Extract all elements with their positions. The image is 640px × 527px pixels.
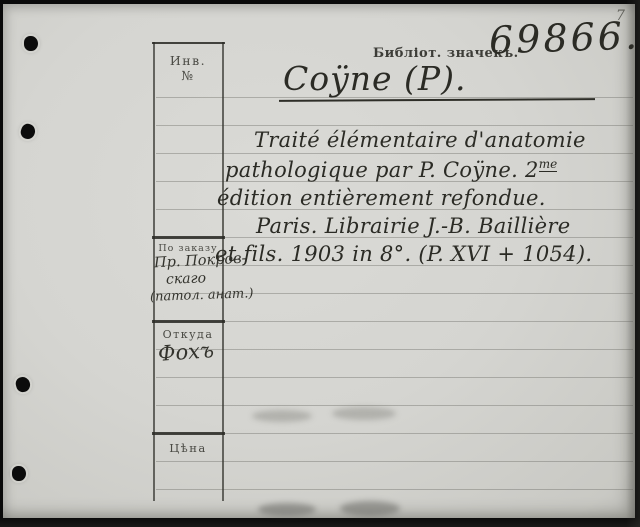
column-separator-3: [152, 432, 225, 435]
column-separator-1: [152, 236, 225, 239]
page-corner-mark: 7: [616, 8, 625, 24]
inventory-label-line2: №: [153, 68, 223, 83]
scan-edge-shadow-bottom: [0, 517, 640, 527]
order-note-line2: скаго: [166, 270, 207, 287]
author-heading: Coÿne (P).: [283, 59, 466, 98]
punch-hole-1: [24, 36, 38, 51]
scan-edge-shadow-right: [626, 0, 640, 527]
column-separator-2: [152, 320, 225, 323]
price-label: Цѣна: [153, 441, 223, 455]
entry-line-2-superscript: me: [539, 157, 557, 172]
entry-line-5: et fils. 1903 in 8°. (P. XVI + 1054).: [215, 242, 592, 266]
smudge-mark-1: [252, 410, 312, 422]
inventory-number-label: Инв. №: [153, 53, 223, 83]
entry-line-2: pathologique par P. Coÿne. 2me: [225, 157, 557, 182]
column-top-border: [152, 42, 225, 44]
entry-line-2-main: pathologique par P. Coÿne. 2: [225, 158, 539, 182]
entry-line-4: Paris. Librairie J.-B. Baillière: [256, 214, 570, 238]
entry-line-1: Traité élémentaire d'anatomie: [254, 128, 586, 152]
inventory-label-line1: Инв.: [153, 53, 223, 68]
smudge-mark-3: [258, 503, 316, 516]
scanned-catalog-card: Инв. № По заказу Откуда Цѣна Пр. Покров-…: [0, 0, 640, 527]
entry-line-3: édition entièrement refondue.: [217, 186, 546, 210]
smudge-mark-4: [340, 501, 400, 516]
origin-note: Фохъ: [157, 338, 214, 366]
smudge-mark-2: [332, 407, 396, 420]
punch-hole-4: [12, 466, 26, 481]
